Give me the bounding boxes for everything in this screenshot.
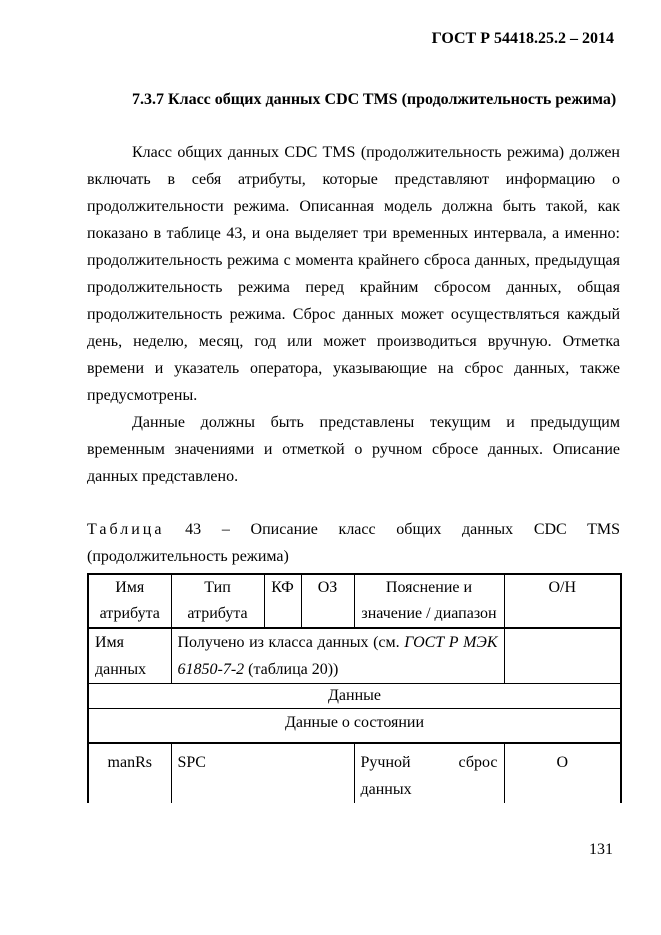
table-caption-text: Описание класс общих данных CDC TMS (про… xyxy=(87,521,620,565)
cell-manrs-explanation: Ручной сброс данных xyxy=(354,743,504,803)
cell-manrs-type: SPC xyxy=(171,743,354,803)
page-number: 131 xyxy=(589,840,613,859)
derived-description-prefix: Получено из класса данных (см. xyxy=(178,634,405,651)
table-caption-dash: – xyxy=(222,521,230,538)
cell-derived-description: Получено из класса данных (см. ГОСТ Р МЭ… xyxy=(171,628,504,684)
paragraph-2: Данные должны быть представлены текущим … xyxy=(87,409,620,490)
cell-manrs-presence: О xyxy=(504,743,621,803)
derived-description-suffix: (таблица 20)) xyxy=(244,661,338,678)
cell-manrs-name: manRs xyxy=(88,743,171,803)
col-header-oz: ОЗ xyxy=(301,574,354,628)
col-header-attribute-name: Имя атрибута xyxy=(88,574,171,628)
col-header-explanation: Пояснение и значение / диапазон xyxy=(354,574,504,628)
col-header-kf: КФ xyxy=(264,574,301,628)
body-text: Класс общих данных CDC TMS (продолжитель… xyxy=(87,139,620,490)
table-section-row-status-data: Данные о состоянии xyxy=(88,709,621,743)
table-caption: Таблица 43 – Описание класс общих данных… xyxy=(87,516,620,570)
cell-derived-presence xyxy=(504,628,621,684)
table-caption-number: 43 xyxy=(185,521,201,538)
table-caption-label: Таблица xyxy=(87,521,164,538)
table-row-data-name: Имя данных Получено из класса данных (см… xyxy=(88,628,621,684)
section-row-status-data-label: Данные о состоянии xyxy=(88,709,621,743)
paragraph-1: Класс общих данных CDC TMS (продолжитель… xyxy=(87,139,620,409)
col-header-presence: О/Н xyxy=(504,574,621,628)
col-header-attribute-type: Тип атрибута xyxy=(171,574,264,628)
document-page: ГОСТ Р 54418.25.2 – 2014 7.3.7 Класс общ… xyxy=(0,0,661,935)
table-header-row: Имя атрибута Тип атрибута КФ ОЗ Пояснени… xyxy=(88,574,621,628)
table-section-row-data: Данные xyxy=(88,684,621,709)
table-row-manrs: manRs SPC Ручной сброс данных О xyxy=(88,743,621,803)
cell-data-name-label: Имя данных xyxy=(88,628,171,684)
document-code-header: ГОСТ Р 54418.25.2 – 2014 xyxy=(432,29,614,48)
section-title: 7.3.7 Класс общих данных CDC TMS (продол… xyxy=(87,86,620,113)
cdc-tms-table: Имя атрибута Тип атрибута КФ ОЗ Пояснени… xyxy=(87,573,622,803)
section-row-data-label: Данные xyxy=(88,684,621,709)
